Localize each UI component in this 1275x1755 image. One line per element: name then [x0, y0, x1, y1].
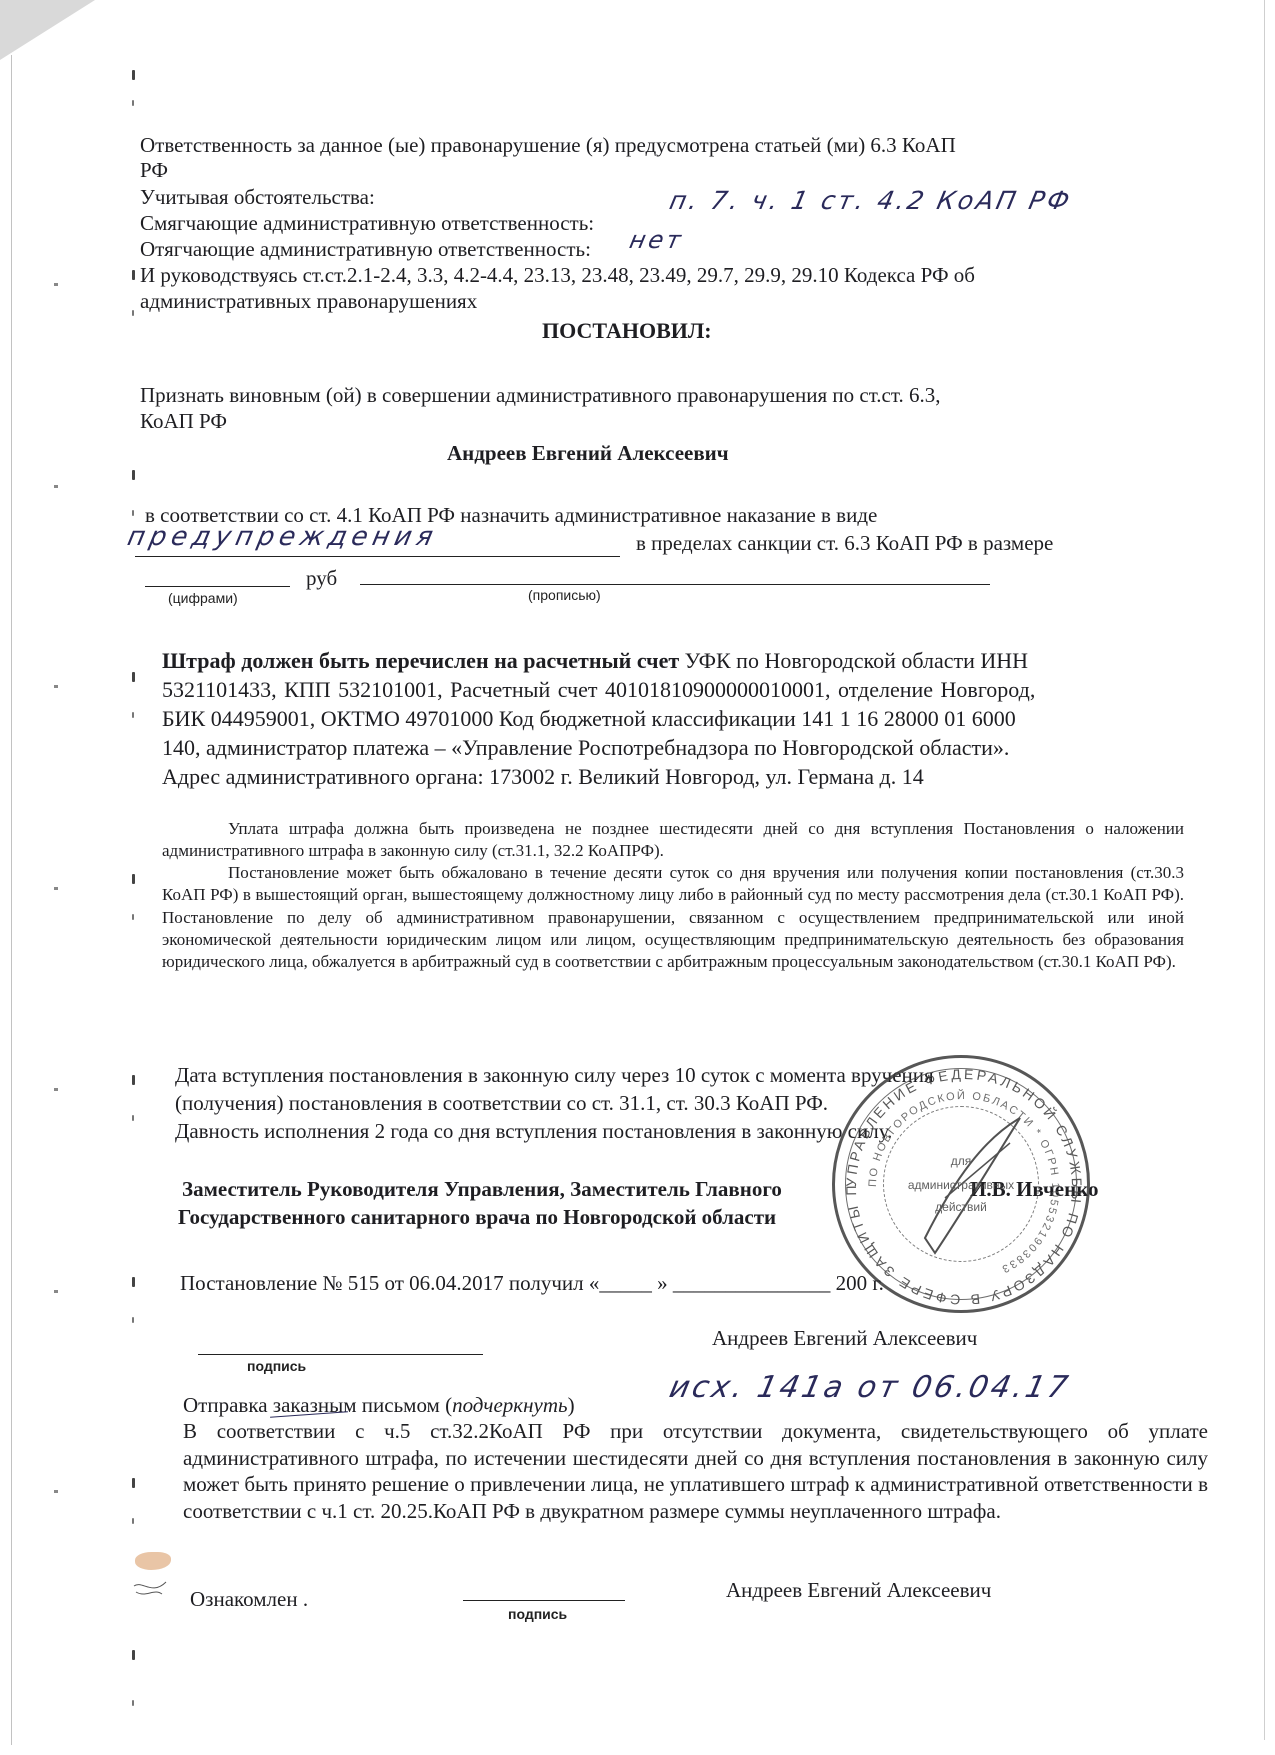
appeal-paragraph: Постановление может быть обжаловано в те… [162, 862, 1184, 973]
penalty-underline [135, 556, 620, 557]
acknowledged-label: Ознакомлен . [190, 1586, 308, 1612]
mail-text: Отправка заказным письмом (подчеркнуть) [183, 1392, 575, 1418]
fine-details: 140, администратор платежа – «Управление… [162, 735, 1009, 761]
margin-mark [132, 310, 134, 316]
payment-paragraph: Уплата штрафа должна быть произведена не… [162, 818, 1184, 862]
stamp-center-text: действий [835, 1200, 1087, 1214]
receipt-person: Андреев Евгений Алексеевич [712, 1325, 977, 1351]
official-title: Государственного санитарного врача по Но… [178, 1204, 776, 1230]
effective-text: Дата вступления постановления в законную… [175, 1062, 934, 1088]
receipt-text: Постановление № 515 от 06.04.2017 получи… [180, 1270, 884, 1296]
margin-mark [132, 914, 134, 920]
margin-mark [54, 283, 58, 286]
guilty-text: Признать виновным (ой) в совершении адми… [140, 382, 940, 408]
signature-caption: подпись [247, 1358, 306, 1374]
signature-line[interactable] [198, 1354, 483, 1355]
official-title: Заместитель Руководителя Управления, Зам… [182, 1176, 782, 1202]
margin-mark [54, 887, 58, 890]
address-text: Адрес административного органа: 173002 г… [162, 764, 924, 790]
margin-mark [54, 1290, 58, 1293]
paper-stain [135, 1552, 171, 1570]
penalty-handwritten: предупреждения [125, 522, 441, 552]
margin-mark [132, 672, 135, 682]
fine-details: 5321101433, КПП 532101001, Расчетный сче… [162, 677, 1035, 703]
guided-text: административных правонарушениях [140, 288, 477, 314]
margin-mark [132, 100, 134, 106]
guilty-text: КоАП РФ [140, 408, 227, 434]
stamp-center-text: административных [835, 1178, 1087, 1192]
scan-folded-corner [0, 0, 95, 60]
stamp-center-text: для [835, 1154, 1087, 1168]
margin-mark [54, 1490, 58, 1493]
acknowledged-person: Андреев Евгений Алексеевич [726, 1577, 991, 1603]
margin-mark [132, 874, 135, 884]
fine-details: БИК 044959001, ОКТМО 49701000 Код бюджет… [162, 706, 1016, 732]
words-caption: (прописью) [528, 587, 601, 603]
mail-handwritten: исх. 141а от 06.04.17 [666, 1370, 1073, 1405]
responsibility-text: РФ [140, 157, 168, 183]
consequence-paragraph: В соответствии с ч.5 ст.32.2КоАП РФ при … [183, 1418, 1208, 1524]
mitigating-handwritten: п. 7. ч. 1 ст. 4.2 КоАП РФ [667, 186, 1075, 215]
fine-text: Штраф должен быть перечислен на расчетны… [162, 648, 1028, 674]
margin-mark [132, 1700, 134, 1706]
margin-mark [54, 485, 58, 488]
mitigating-label: Смягчающие административную ответственно… [140, 210, 594, 236]
guided-text: И руководствуясь ст.ст.2.1-2.4, 3.3, 4.2… [140, 262, 975, 288]
aggravating-label: Отягчающие административную ответственно… [140, 236, 591, 262]
margin-mark [132, 1650, 135, 1660]
acknowledged-signature-line[interactable] [463, 1600, 625, 1601]
fine-text-rest: УФК по Новгородской области ИНН [679, 648, 1028, 673]
margin-mark [132, 70, 135, 80]
mail-italic: подчеркнуть [452, 1393, 567, 1417]
signature-caption: подпись [508, 1606, 567, 1622]
mail-close: ) [568, 1393, 575, 1417]
scan-edge [1264, 0, 1265, 1740]
margin-mark [54, 1088, 58, 1091]
penalty-text: в пределах санкции ст. 6.3 КоАП РФ в раз… [636, 530, 1053, 556]
digits-caption: (цифрами) [168, 590, 238, 606]
amount-digits-line [145, 586, 290, 587]
margin-mark [132, 1478, 135, 1488]
considering-label: Учитывая обстоятельства: [140, 184, 375, 210]
limitation-text: Давность исполнения 2 года со дня вступл… [175, 1118, 892, 1144]
pen-scribble [132, 1578, 168, 1602]
amount-words-line [360, 584, 990, 585]
effective-text: (получения) постановления в соответствии… [175, 1090, 828, 1116]
margin-mark [132, 1277, 135, 1287]
margin-mark [132, 1075, 135, 1085]
aggravating-handwritten: нет [627, 226, 686, 254]
scan-edge [11, 55, 12, 1745]
margin-mark [132, 470, 135, 480]
margin-mark [132, 1317, 134, 1323]
fine-bold-text: Штраф должен быть перечислен на расчетны… [162, 648, 679, 673]
margin-mark [132, 1115, 134, 1121]
rub-label: руб [306, 565, 337, 591]
responsibility-text: Ответственность за данное (ые) правонару… [140, 132, 956, 158]
margin-mark [132, 1518, 134, 1524]
margin-mark [54, 685, 58, 688]
margin-mark [132, 712, 134, 718]
person-name: Андреев Евгений Алексеевич [447, 440, 729, 466]
resolved-heading: ПОСТАНОВИЛ: [542, 318, 712, 344]
margin-mark [132, 510, 134, 516]
margin-mark [132, 270, 135, 280]
